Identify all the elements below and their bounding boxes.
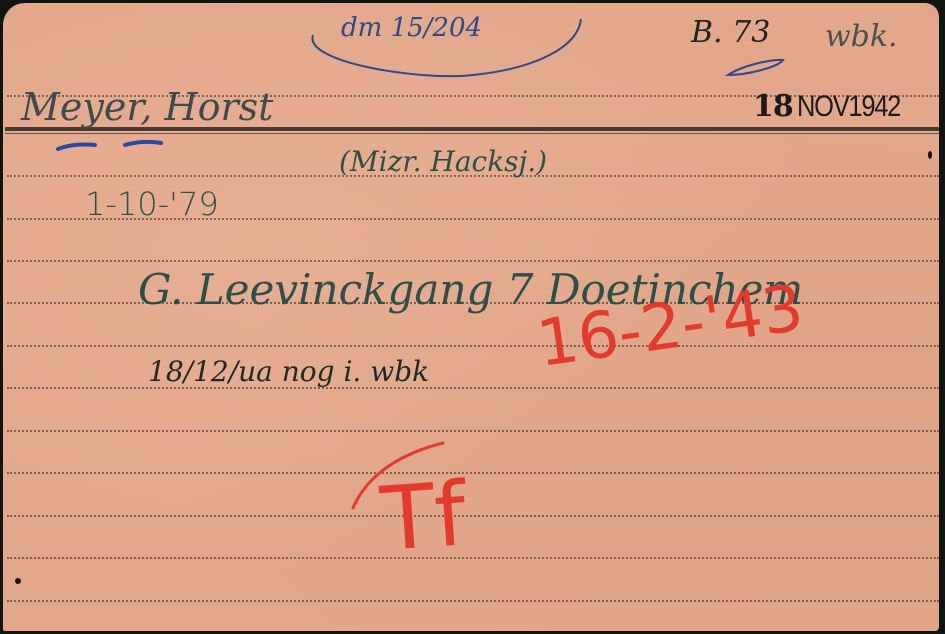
ink-dot: [15, 578, 21, 584]
note-line: 18/12/ua nog i. wbk: [148, 355, 429, 388]
person-name: Meyer, Horst: [21, 85, 273, 129]
blue-underline-stroke: [728, 60, 783, 75]
reference-number: B. 73: [691, 15, 770, 50]
stamp-month-year: NOV1942: [797, 90, 900, 124]
parent-note: (Mizr. Hacksj.): [339, 145, 547, 178]
red-initials: Tf: [378, 462, 470, 571]
birth-date: 1-10-'79: [85, 185, 219, 223]
reference-note: wbk.: [825, 19, 898, 54]
date-stamp: 18 NOV1942: [753, 89, 918, 124]
blue-underline-stroke: [125, 142, 161, 145]
index-card: dm 15/204 B. 73 wbk. 18 NOV1942 Meyer, H…: [3, 3, 939, 631]
stamp-day: 18: [753, 89, 793, 124]
header-annotation: dm 15/204: [341, 13, 482, 43]
blue-underline-stroke: [58, 145, 95, 150]
ink-dot: [928, 151, 932, 159]
